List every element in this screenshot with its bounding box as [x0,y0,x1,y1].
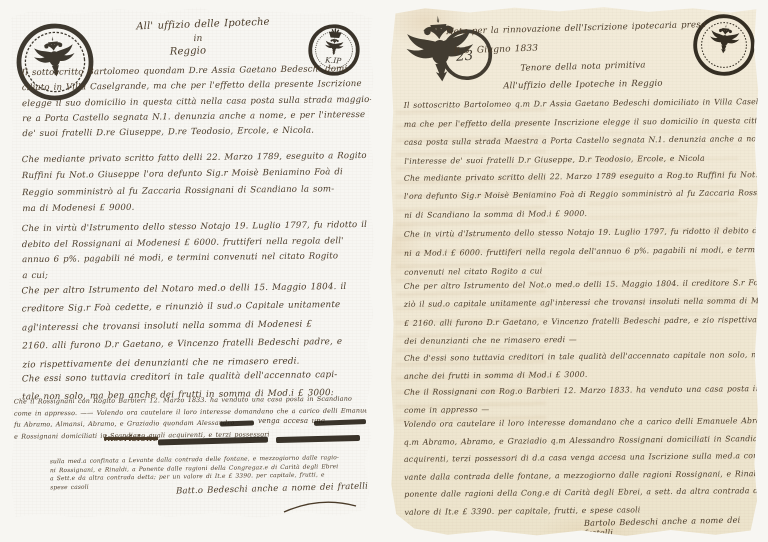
manuscript-line: de' suoi fratelli D.re Giuseppe, D.re Te… [22,123,372,143]
photograph-of-two-manuscripts: K.IP All' uffizio delle Ipoteche in Regg… [0,0,768,542]
right-subtitle-2: All'uffizio delle Ipoteche in Reggio [478,78,688,92]
right-paragraph-4: Che per altro Istrumento del Not.o med.o… [404,274,755,351]
manuscript-line: ma di Modenesi £ 9000. [22,197,372,218]
left-page-header-line2: in [158,33,238,46]
left-paragraph-4: Che per altro Istrumento del Notaro med.… [21,278,372,375]
right-title-line2: li 3. Giugno 1833 [454,44,539,57]
right-page-surface: 23 Nota per la rinnovazione dell'Iscrizi… [388,5,760,538]
right-subtitle-1: Tenore della nota primitiva [498,60,668,74]
blackout-mark [276,435,360,443]
manuscript-line: ponente dalle ragioni della Cong.e di Ca… [404,483,754,504]
left-document-page: K.IP All' uffizio delle Ipoteche in Regg… [8,6,376,520]
manuscript-line: Che il Rossignani con Rog.o Barbieri 12.… [404,380,754,401]
left-page-header-line3: Reggio [138,44,238,58]
manuscript-line: l'ora defunto Sig.r Moisè Beniamino Foà … [404,185,754,207]
manuscript-line: Che d'essi sono tuttavia creditori in ta… [404,346,754,367]
right-paragraph-5: Che d'essi sono tuttavia creditori in ta… [404,346,754,385]
right-paragraph-7: Volendo ora cautelare il loro interesse … [403,412,754,521]
right-paragraph-1: Il sottoscritto Bartolomeo q.m D.r Assia… [404,93,755,171]
left-paragraph-1: Il sottoscritto Bartolomeo quondam D.re … [22,62,373,143]
left-paragraph-2: Che mediante privato scritto fatto delli… [22,148,373,217]
left-paragraph-3: Che in virtù d'Istrumento dello stesso N… [22,218,373,285]
right-document-page: 23 Nota per la rinnovazione dell'Iscrizi… [388,5,760,538]
right-signature: Bartolo Bedeschi anche a nome dei fratel… [584,514,760,538]
manuscript-line: ni a Mod.i £ 6000. fruttiferi nella rego… [404,240,754,263]
right-paragraph-3: Che in virtù d'Istrumento dello stesso N… [404,221,755,282]
left-struck-word: inscrizione [104,434,158,444]
right-paragraph-2: Che mediante privato scritto delli 22. M… [404,166,755,225]
signature-flourish [280,500,360,516]
left-page-header-line1: All' uffizio delle Ipoteche [103,16,303,34]
left-page-surface: K.IP All' uffizio delle Ipoteche in Regg… [8,6,376,520]
